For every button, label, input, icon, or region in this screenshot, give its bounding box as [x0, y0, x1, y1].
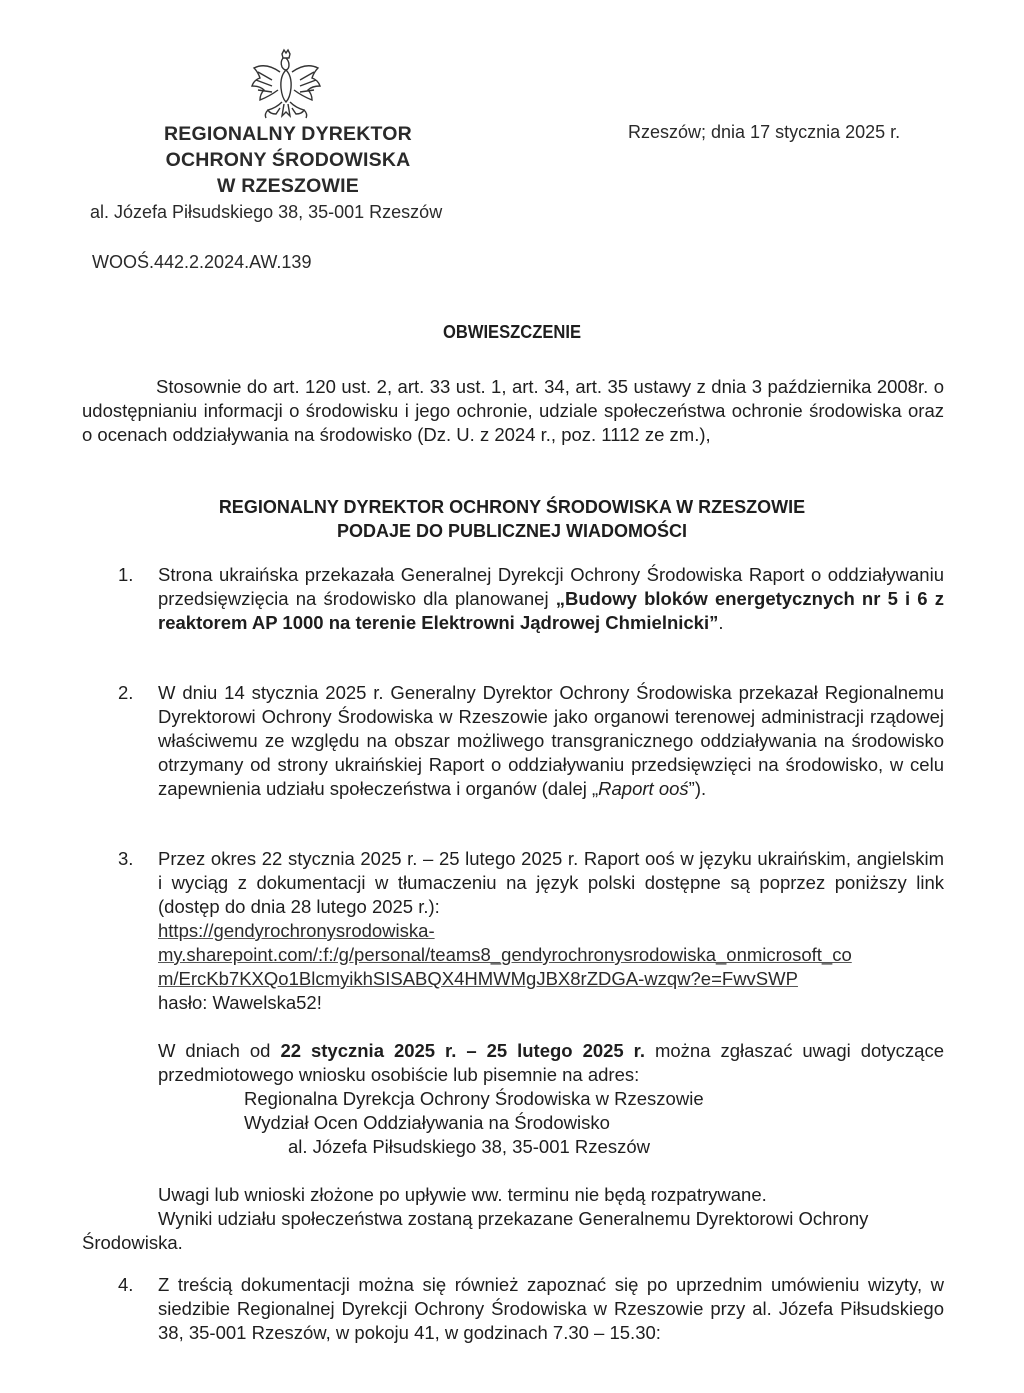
comments-text: W dniach od: [158, 1040, 280, 1061]
authority-name-line1: REGIONALNY DYREKTOR: [128, 123, 448, 146]
legal-basis-text: Stosownie do art. 120 ust. 2, art. 33 us…: [82, 375, 944, 447]
item-text: W dniu 14 stycznia 2025 r. Generalny Dyr…: [158, 682, 944, 799]
report-abbreviation: Raport ooś: [598, 778, 689, 799]
polish-eagle-emblem-icon: [246, 48, 326, 122]
list-item-4: 4. Z treścią dokumentacji można się równ…: [118, 1273, 944, 1345]
comments-paragraph: W dniach od 22 stycznia 2025 r. – 25 lut…: [158, 1039, 944, 1087]
authority-address: al. Józefa Piłsudskiego 38, 35-001 Rzesz…: [90, 202, 442, 223]
list-item-1: 1. Strona ukraińska przekazała Generalne…: [118, 563, 944, 635]
office-address-line1: Regionalna Dyrekcja Ochrony Środowiska w…: [244, 1087, 704, 1111]
link-line2[interactable]: my.sharepoint.com/:f:/g/personal/teams8_…: [158, 943, 944, 967]
list-item-3: 3. Przez okres 22 stycznia 2025 r. – 25 …: [118, 847, 944, 1015]
declaration-line2: PODAJE DO PUBLICZNEJ WIADOMOŚCI: [0, 519, 1024, 543]
list-item-number: 2.: [118, 681, 133, 705]
documentation-link[interactable]: https://gendyrochronysrodowiska- my.shar…: [158, 919, 944, 991]
office-address-line2: Wydział Ocen Oddziaływania na Środowisko: [244, 1111, 610, 1135]
item-text-end: ”).: [689, 778, 706, 799]
comments-period: 22 stycznia 2025 r. – 25 lutego 2025 r.: [280, 1040, 645, 1061]
item-text: Przez okres 22 stycznia 2025 r. – 25 lut…: [158, 847, 944, 919]
results-note-line2: Środowiska.: [82, 1231, 183, 1255]
authority-name-line3: W RZESZOWIE: [128, 175, 448, 198]
document-title: OBWIESZCZENIE: [41, 322, 983, 343]
reference-number: WOOŚ.442.2.2024.AW.139: [92, 252, 311, 273]
authority-name-line2: OCHRONY ŚRODOWISKA: [128, 149, 448, 172]
list-item-number: 4.: [118, 1273, 133, 1297]
list-item-number: 3.: [118, 847, 133, 871]
legal-basis-paragraph: Stosownie do art. 120 ust. 2, art. 33 us…: [82, 375, 944, 447]
results-note-line1: Wyniki udziału społeczeństwa zostaną prz…: [158, 1207, 868, 1231]
document-date: Rzeszów; dnia 17 stycznia 2025 r.: [628, 122, 900, 143]
list-item-number: 1.: [118, 563, 133, 587]
declaration-heading: REGIONALNY DYREKTOR OCHRONY ŚRODOWISKA W…: [0, 495, 1024, 543]
late-submissions-note: Uwagi lub wnioski złożone po upływie ww.…: [158, 1183, 944, 1207]
list-item-2: 2. W dniu 14 stycznia 2025 r. Generalny …: [118, 681, 944, 801]
declaration-line1: REGIONALNY DYREKTOR OCHRONY ŚRODOWISKA W…: [0, 495, 1024, 519]
link-line3[interactable]: m/ErcKb7KXQo1BlcmyikhSISABQX4HMWMgJBX8rZ…: [158, 967, 944, 991]
password-text: hasło: Wawelska52!: [158, 991, 944, 1015]
item-text: Z treścią dokumentacji można się również…: [158, 1273, 944, 1345]
item-text-end: .: [718, 612, 723, 633]
office-address-line3: al. Józefa Piłsudskiego 38, 35-001 Rzesz…: [288, 1135, 650, 1159]
link-line1[interactable]: https://gendyrochronysrodowiska-: [158, 919, 944, 943]
